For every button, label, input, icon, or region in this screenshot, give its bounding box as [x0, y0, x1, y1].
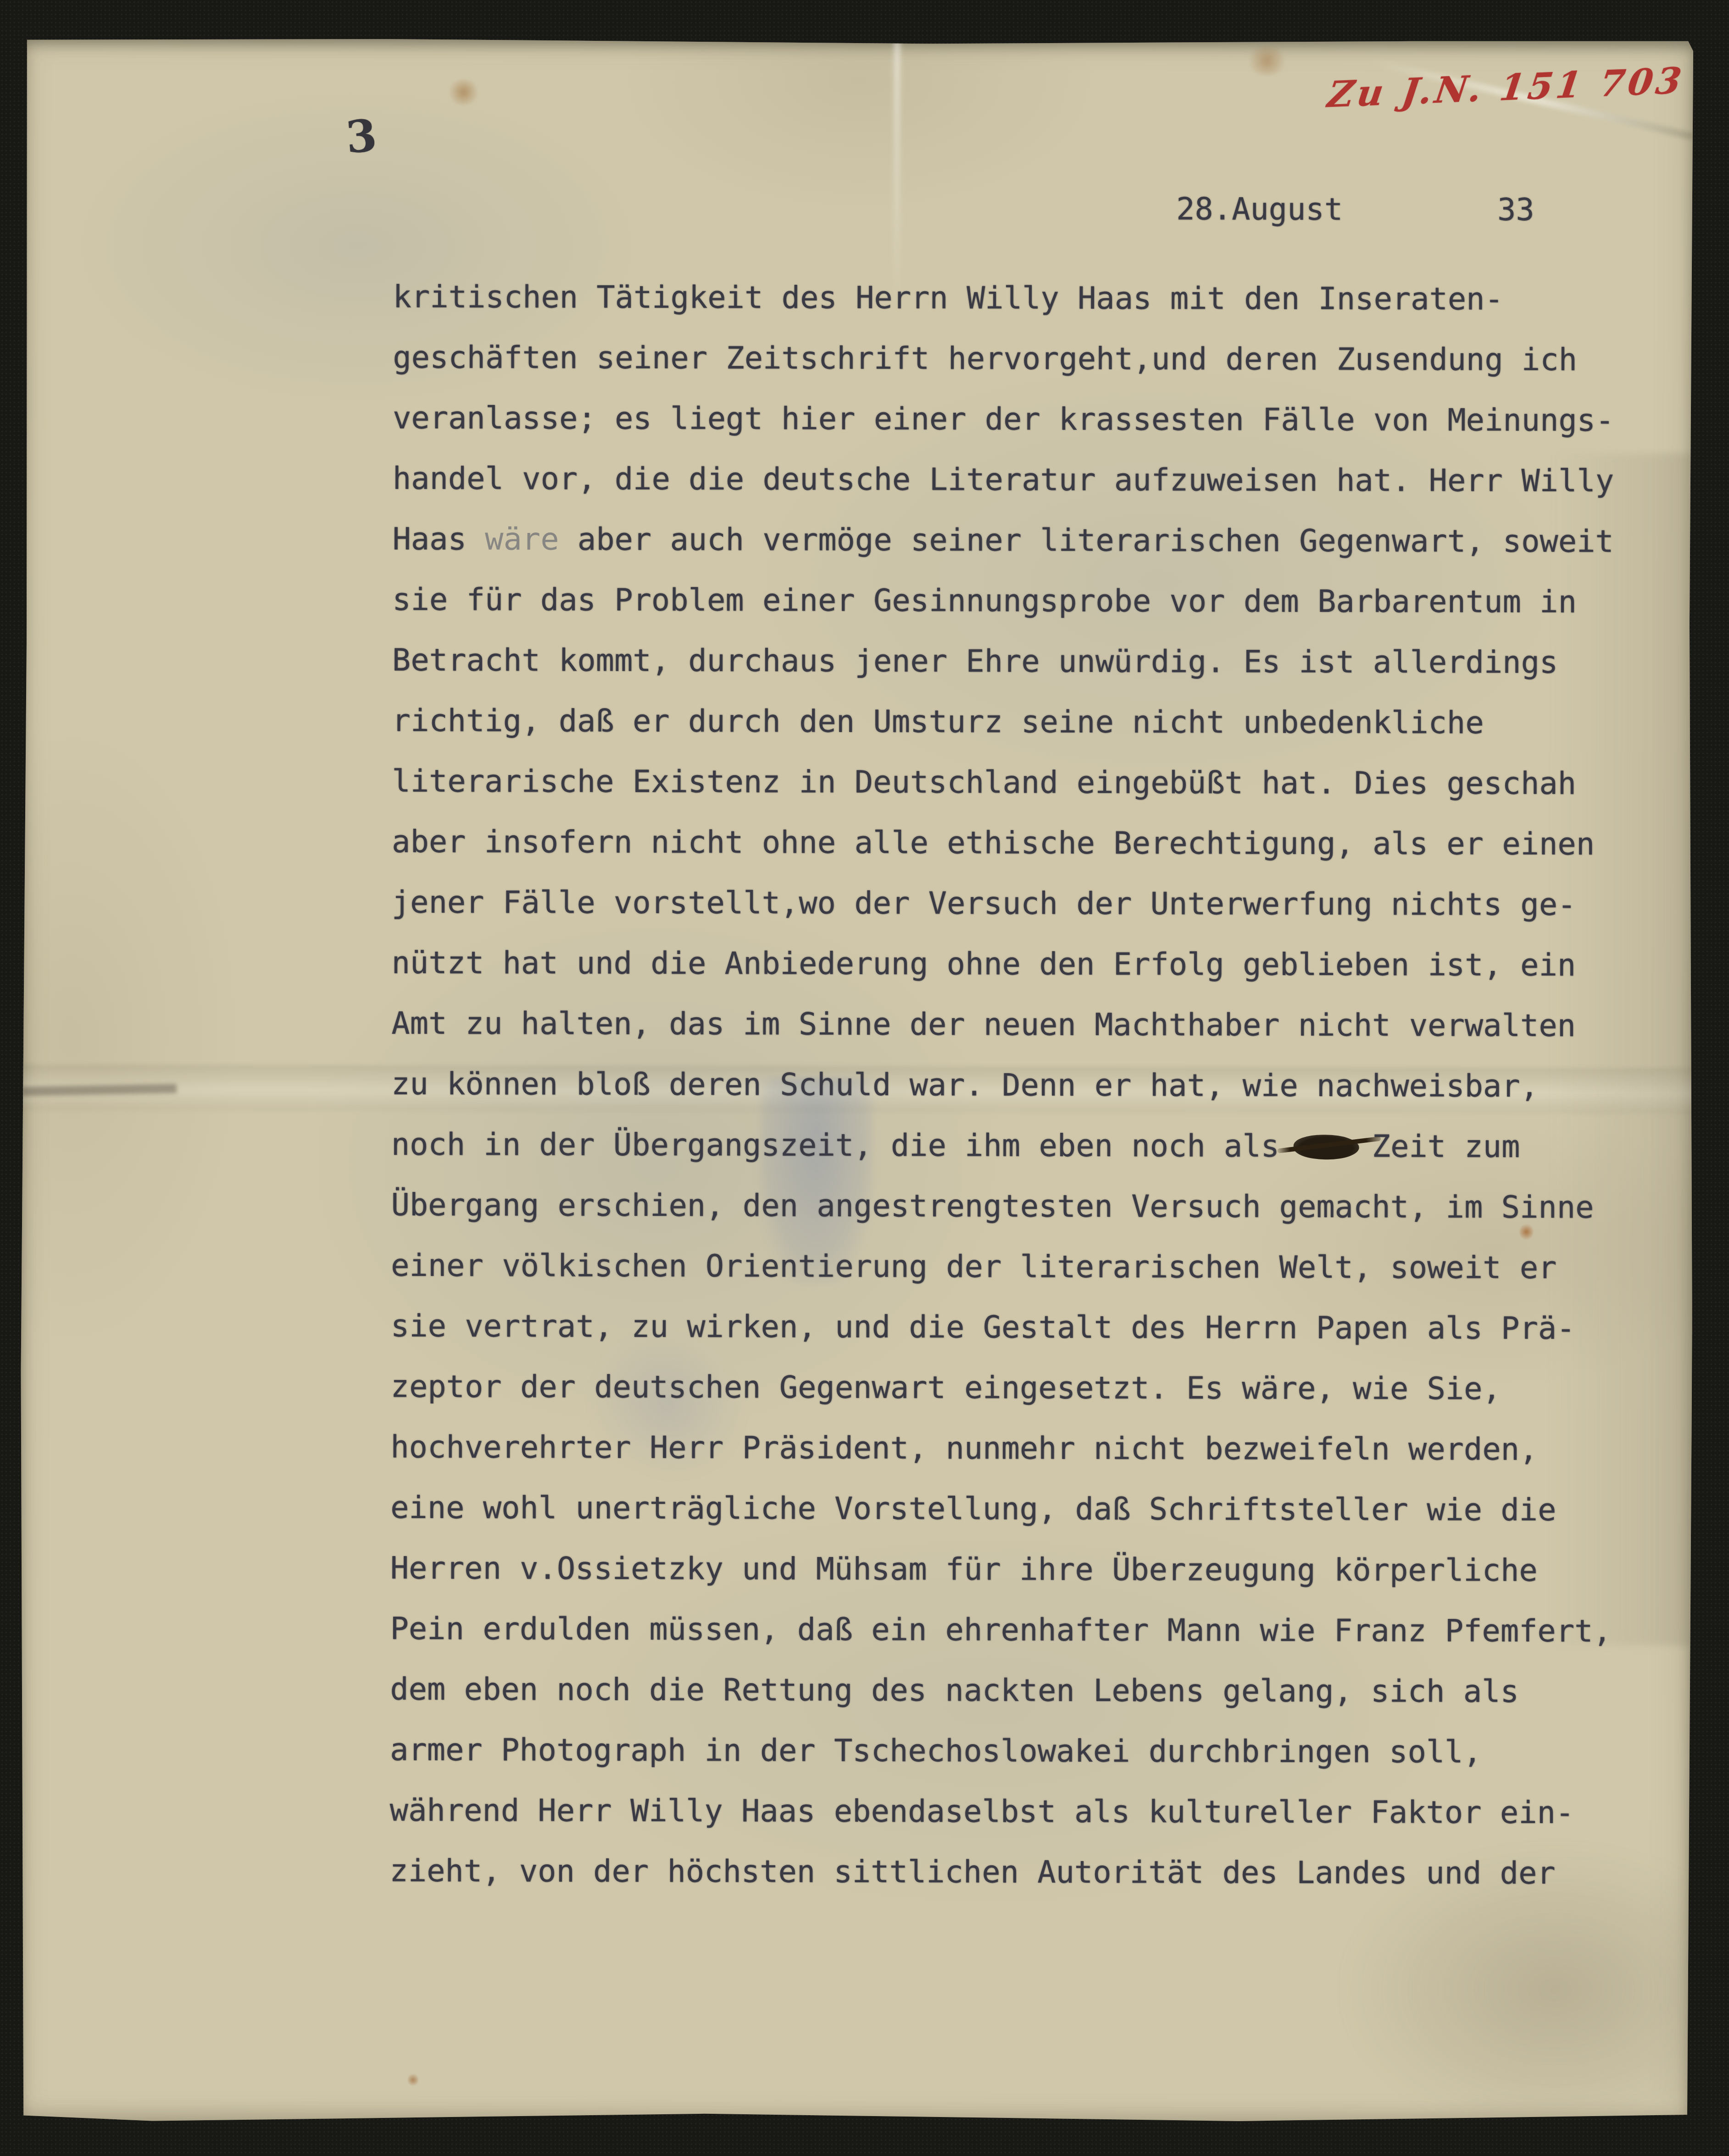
typewritten-body: kritischen Tätigkeit des Herrn Willy Haa…: [389, 266, 1677, 1904]
text-line: dem eben noch die Rettung des nackten Le…: [390, 1659, 1674, 1722]
text-line: Pein erdulden müssen, daß ein ehrenhafte…: [390, 1598, 1674, 1662]
text-line: veranlasse; es liegt hier einer der kras…: [393, 388, 1677, 451]
paper-crease-vertical: [894, 39, 900, 305]
text-line: zieht, von der höchsten sittlichen Autor…: [389, 1840, 1674, 1904]
text-line: hochverehrter Herr Präsident, nunmehr ni…: [390, 1417, 1675, 1480]
rust-stain: [1245, 47, 1289, 75]
rust-stain: [407, 2073, 418, 2086]
text-line: aber insofern nicht ohne alle ethische B…: [392, 811, 1676, 875]
text-line: Amt zu halten, das im Sinne der neuen Ma…: [391, 993, 1676, 1056]
text-line: Haas wäre aber auch vermöge seiner liter…: [392, 509, 1677, 572]
text-line: Betracht kommt, durchaus jener Ehre unwü…: [392, 630, 1677, 693]
typed-date: 28.August: [1176, 191, 1343, 227]
text-line: nützt hat und die Anbiederung ohne den E…: [391, 932, 1676, 996]
text-line: jener Fälle vorstellt,wo der Versuch der…: [392, 872, 1676, 935]
page-number-handwritten: 3: [344, 109, 379, 163]
rust-stain: [447, 79, 480, 105]
scanned-letter-page: Zu J.N. 151 703 3 28.August 33 kritische…: [18, 37, 1695, 2125]
text-line: zu können bloß deren Schuld war. Denn er…: [391, 1053, 1676, 1117]
text-line: einer völkischen Orientierung der litera…: [391, 1235, 1675, 1298]
text-line: zeptor der deutschen Gegenwart eingesetz…: [390, 1356, 1675, 1419]
text-line: eine wohl unerträgliche Vorstellung, daß…: [390, 1477, 1675, 1541]
text-line: geschäften seiner Zeitschrift hervorgeht…: [393, 327, 1677, 390]
text-line: richtig, daß er durch den Umsturz seine …: [392, 690, 1677, 754]
text-line: kritischen Tätigkeit des Herrn Willy Haa…: [393, 266, 1677, 330]
text-line: noch in der Übergangszeit, die ihm eben …: [391, 1114, 1676, 1177]
text-line: sie vertrat, zu wirken, und die Gestalt …: [391, 1296, 1675, 1359]
text-line: literarische Existenz in Deutschland ein…: [392, 751, 1676, 814]
text-line: während Herr Willy Haas ebendaselbst als…: [390, 1780, 1674, 1843]
text-line: sie für das Problem einer Gesinnungsprob…: [392, 569, 1677, 632]
text-line: Herren v.Ossietzky und Mühsam für ihre Ü…: [390, 1538, 1675, 1601]
text-line: armer Photograph in der Tschechoslowakei…: [390, 1719, 1674, 1783]
text-line: Übergang erschien, den angestrengtesten …: [391, 1175, 1675, 1238]
typed-year: 33: [1497, 192, 1534, 227]
archival-note-handwritten: Zu J.N. 151 703: [1325, 60, 1687, 116]
text-line: handel vor, die die deutsche Literatur a…: [393, 448, 1677, 511]
